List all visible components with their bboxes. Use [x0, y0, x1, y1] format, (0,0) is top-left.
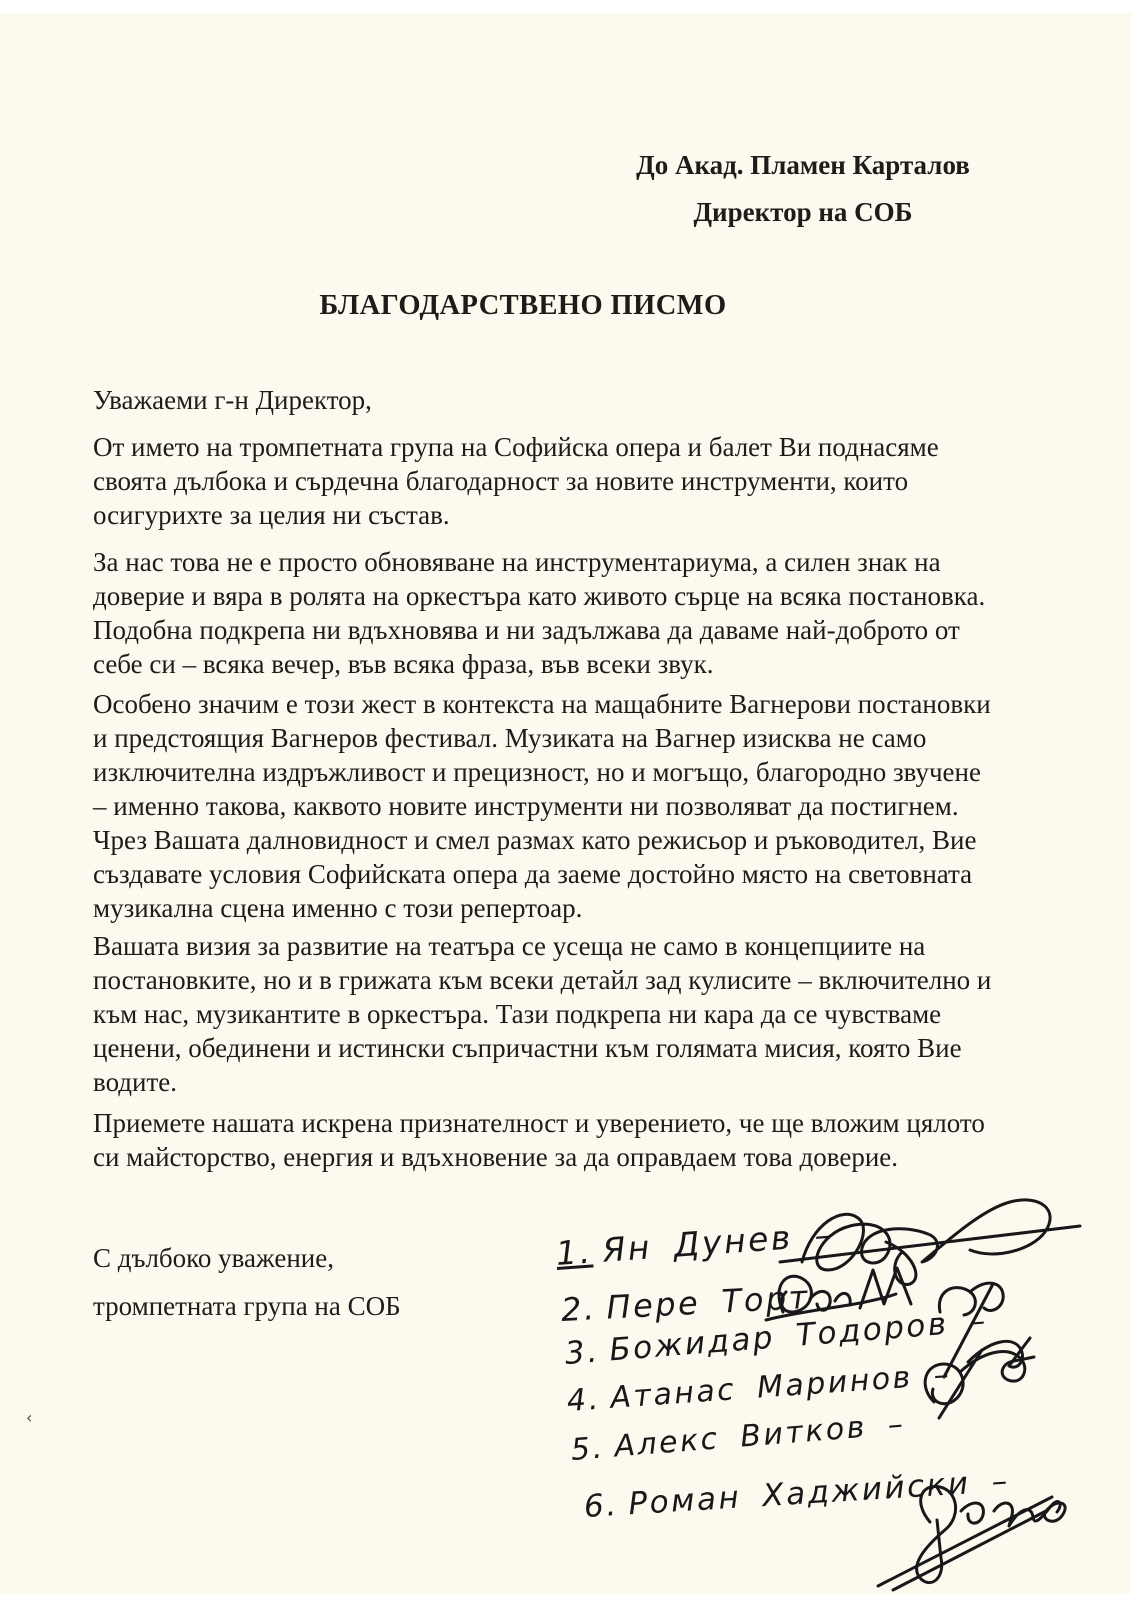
- signature-scribble-6d: [1044, 1503, 1065, 1521]
- signature-scribble-4c: [960, 1352, 1034, 1382]
- recipient-block: До Акад. Пламен Карталов Директор на СОБ: [628, 150, 978, 227]
- paragraph-3: Особено значим е този жест в контекста н…: [93, 687, 995, 925]
- signatory-line-5: 5.Алекс Витков –: [570, 1407, 907, 1468]
- recipient-line-2: Директор на СОБ: [628, 197, 978, 227]
- signature-scribble-6c: [878, 1497, 1052, 1590]
- paragraph-1: От името на тромпетната група на Софийск…: [93, 430, 995, 532]
- signatory-number: 5.: [570, 1430, 606, 1468]
- salutation: Уважаеми г-н Директор,: [93, 383, 995, 417]
- paragraph-5: Приемете нашата искрена признателност и …: [93, 1106, 995, 1174]
- scan-edge-bottom: [0, 1594, 1131, 1600]
- paragraph-4: Вашата визия за развитие на театъра се у…: [93, 929, 995, 1099]
- scan-artifact-mark: ‹: [26, 1408, 32, 1427]
- paragraph-2: За нас това не е просто обновяване на ин…: [93, 545, 995, 681]
- closing-line-1: С дълбоко уважение,: [93, 1241, 995, 1275]
- signatory-number: 1.: [555, 1232, 594, 1273]
- signatory-name: Роман Хаджийски –: [627, 1463, 1010, 1522]
- signatory-number: 4.: [566, 1382, 602, 1419]
- scanned-letter-page: До Акад. Пламен Карталов Директор на СОБ…: [0, 0, 1131, 1600]
- signatory-number: 6.: [583, 1487, 620, 1525]
- letter-title: БЛАГОДАРСТВЕНО ПИСМО: [92, 290, 954, 322]
- signatory-line-6: 6.Роман Хаджийски –: [583, 1463, 1011, 1525]
- signature-scribble-6b: [961, 1502, 1060, 1526]
- signatory-name: Алекс Витков –: [613, 1407, 906, 1465]
- signature-scribble-3c: [968, 1338, 1030, 1367]
- signatory-number: 3.: [564, 1333, 601, 1372]
- signatory-number: 2.: [560, 1289, 597, 1329]
- scan-edge-top: [0, 0, 1131, 13]
- recipient-line-1: До Акад. Пламен Карталов: [628, 150, 978, 180]
